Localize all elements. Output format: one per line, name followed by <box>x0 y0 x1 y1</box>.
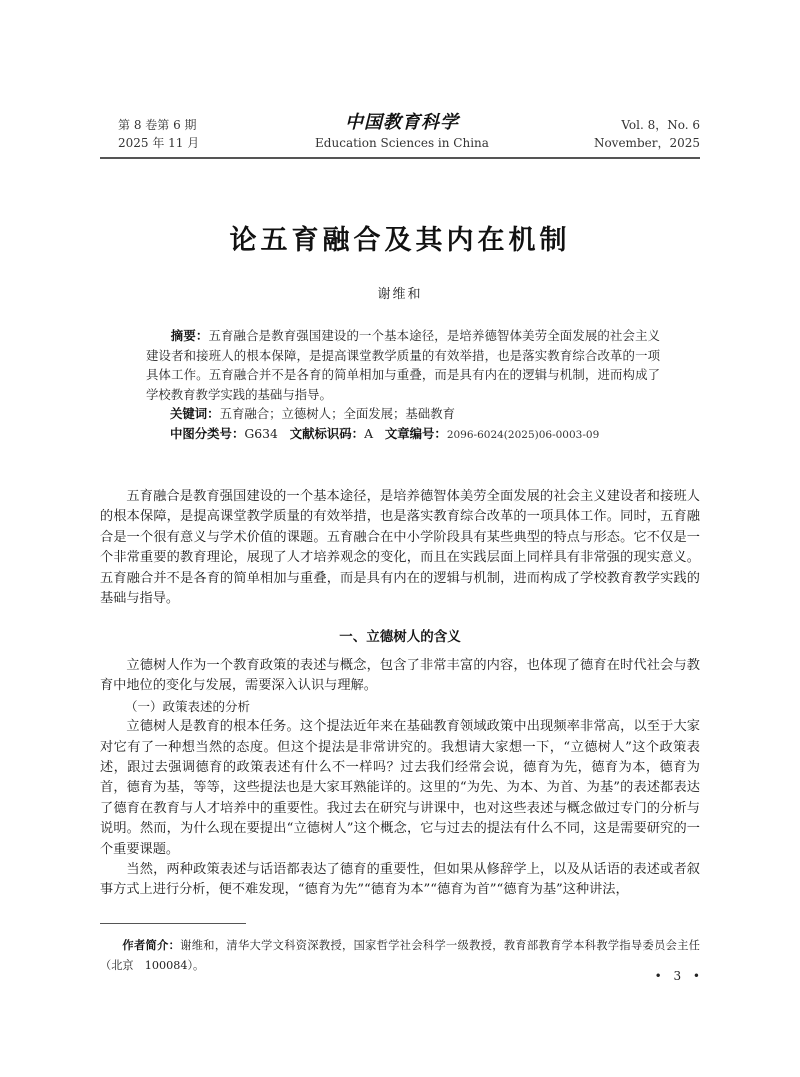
subsection-heading: （一）政策表述的分析 <box>100 697 700 717</box>
clc-label: 中图分类号： <box>170 426 244 441</box>
article-title: 论五育融合及其内在机制 <box>0 218 800 257</box>
footnote-text: 谢维和，清华大学文科资深教授，国家哲学社会科学一级教授，教育部教育学本科教学指导… <box>100 939 700 972</box>
section-heading: 一、立德树人的含义 <box>0 625 800 645</box>
author-footnote: 作者简介：谢维和，清华大学文科资深教授，国家哲学社会科学一级教授，教育部教育学本… <box>100 936 700 976</box>
footnote-paragraph: 作者简介：谢维和，清华大学文科资深教授，国家哲学社会科学一级教授，教育部教育学本… <box>100 936 700 976</box>
volume-issue-en: Vol. 8，No. 6 <box>594 116 700 134</box>
footnote-label: 作者简介： <box>122 939 180 952</box>
running-header: 第 8 卷第 6 期 2025 年 11 月 中国教育科学 Education … <box>104 116 700 156</box>
date-en: November，2025 <box>594 134 700 152</box>
clc-value: G634 <box>244 426 278 441</box>
article-author: 谢维和 <box>0 283 800 302</box>
abstract-text: 五育融合是教育强国建设的一个基本途径，是培养德智体美劳全面发展的社会主义建设者和… <box>146 328 660 402</box>
abstract-block: 摘要：五育融合是教育强国建设的一个基本途径，是培养德智体美劳全面发展的社会主义建… <box>146 326 660 445</box>
intro-section: 五育融合是教育强国建设的一个基本途径，是培养德智体美劳全面发展的社会主义建设者和… <box>100 487 700 609</box>
article-no-value: 2096-6024(2025)06-0003-09 <box>447 429 599 441</box>
doc-code-label: 文献标识码： <box>290 426 364 441</box>
footnote-divider <box>100 923 246 924</box>
doc-code-value: A <box>364 426 373 441</box>
classification-line: 中图分类号：G634 文献标识码：A 文章编号：2096-6024(2025)0… <box>146 424 660 446</box>
keywords-label: 关键词： <box>170 406 220 421</box>
abstract-label: 摘要： <box>171 328 209 343</box>
header-right: Vol. 8，No. 6 November，2025 <box>594 116 700 152</box>
keywords-line: 关键词：五育融合；立德树人；全面发展；基础教育 <box>146 404 660 424</box>
page-number: • 3 • <box>655 969 704 983</box>
section-paragraph: 立德树人作为一个教育政策的表述与概念，包含了非常丰富的内容，也体现了德育在时代社… <box>100 656 700 697</box>
section-body: 立德树人作为一个教育政策的表述与概念，包含了非常丰富的内容，也体现了德育在时代社… <box>100 656 700 901</box>
article-no-label: 文章编号： <box>385 426 447 441</box>
subsection-paragraph: 立德树人是教育的根本任务。这个提法近年来在基础教育领域政策中出现频率非常高，以至… <box>100 717 700 860</box>
intro-paragraph: 五育融合是教育强国建设的一个基本途径，是培养德智体美劳全面发展的社会主义建设者和… <box>100 487 700 609</box>
subsection-paragraph: 当然，两种政策表述与话语都表达了德育的重要性，但如果从修辞学上，以及从话语的表述… <box>100 860 700 901</box>
abstract-paragraph: 摘要：五育融合是教育强国建设的一个基本途径，是培养德智体美劳全面发展的社会主义建… <box>146 326 660 404</box>
header-divider <box>100 157 700 159</box>
keywords-text: 五育融合；立德树人；全面发展；基础教育 <box>220 406 455 421</box>
